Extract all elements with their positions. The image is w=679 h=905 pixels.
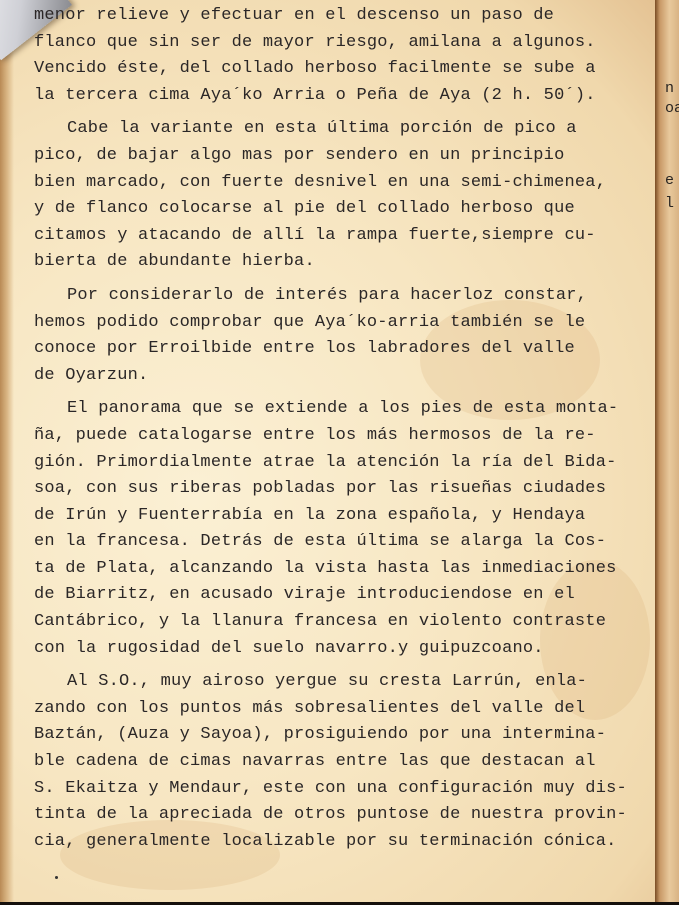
- text-line: conoce por Erroilbide entre los labrador…: [34, 336, 655, 363]
- text-line: Por considerarlo de interés para hacerlo…: [34, 283, 655, 310]
- text-line: Cantábrico, y la llanura francesa en vio…: [34, 609, 655, 636]
- text-line: menor relieve y efectuar en el descenso …: [34, 3, 655, 30]
- adjacent-fragment: e: [665, 172, 674, 189]
- text-line: citamos y atacando de allí la rampa fuer…: [34, 223, 655, 250]
- text-line: en la francesa. Detrás de esta última se…: [34, 529, 655, 556]
- text-line: tinta de la apreciada de otros puntose d…: [34, 802, 655, 829]
- text-line: Cabe la variante en esta última porción …: [34, 116, 655, 143]
- text-line: flanco que sin ser de mayor riesgo, amil…: [34, 30, 655, 57]
- adjacent-fragment: n: [665, 80, 674, 97]
- text-line: Baztán, (Auza y Sayoa), prosiguiendo por…: [34, 722, 655, 749]
- text-line: hemos podido comprobar que Aya´ko-arria …: [34, 310, 655, 337]
- text-line: Al S.O., muy airoso yergue su cresta Lar…: [34, 669, 655, 696]
- text-line: de Biarritz, en acusado viraje introduci…: [34, 582, 655, 609]
- typewritten-page: menor relieve y efectuar en el descenso …: [0, 0, 655, 902]
- text-line: la tercera cima Aya´ko Arria o Peña de A…: [34, 83, 655, 110]
- text-line: ta de Plata, alcanzando la vista hasta l…: [34, 556, 655, 583]
- text-line: soa, con sus riberas pobladas por las ri…: [34, 476, 655, 503]
- text-line: gión. Primordialmente atrae la atención …: [34, 450, 655, 477]
- text-line: de Irún y Fuenterrabía en la zona españo…: [34, 503, 655, 530]
- text-line: ble cadena de cimas navarras entre las q…: [34, 749, 655, 776]
- text-line: con la rugosidad del suelo navarro.y gui…: [34, 636, 655, 663]
- ink-dot: [55, 876, 58, 879]
- adjacent-page-edge: n oa e l: [655, 0, 679, 902]
- text-line: de Oyarzun.: [34, 363, 655, 390]
- text-line: cia, generalmente localizable por su ter…: [34, 829, 655, 856]
- text-line: bierta de abundante hierba.: [34, 249, 655, 276]
- document-body: menor relieve y efectuar en el descenso …: [34, 3, 655, 855]
- adjacent-fragment: oa: [665, 100, 679, 117]
- text-line: y de flanco colocarse al pie del collado…: [34, 196, 655, 223]
- adjacent-fragment: l: [665, 195, 674, 212]
- text-line: El panorama que se extiende a los pies d…: [34, 396, 655, 423]
- text-line: zando con los puntos más sobresalientes …: [34, 696, 655, 723]
- text-line: Vencido éste, del collado herboso facilm…: [34, 56, 655, 83]
- text-line: S. Ekaitza y Mendaur, este con una confi…: [34, 776, 655, 803]
- text-line: bien marcado, con fuerte desnivel en una…: [34, 170, 655, 197]
- text-line: ña, puede catalogarse entre los más herm…: [34, 423, 655, 450]
- text-line: pico, de bajar algo mas por sendero en u…: [34, 143, 655, 170]
